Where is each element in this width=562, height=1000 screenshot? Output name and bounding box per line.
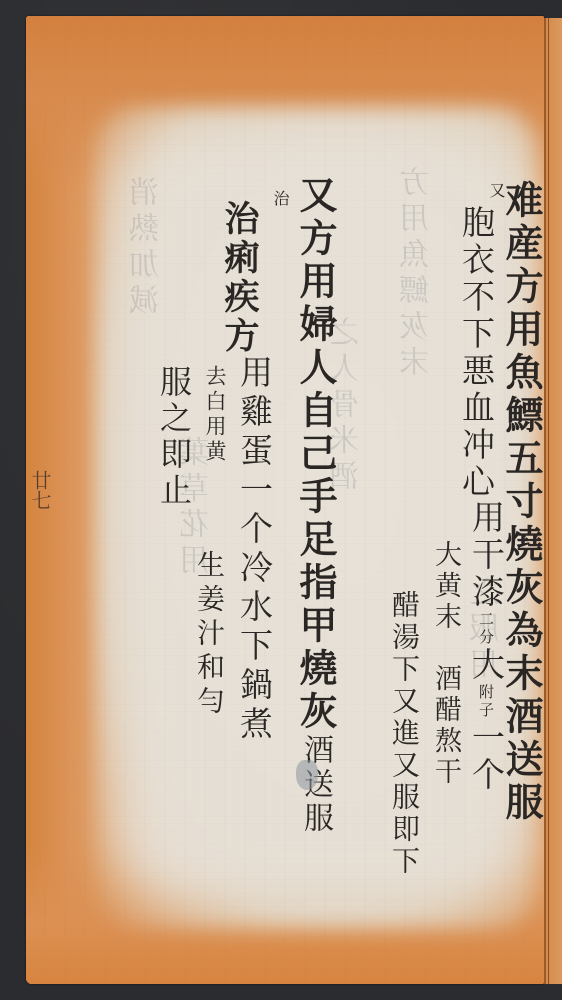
- text-segment: 用干漆: [467, 500, 506, 611]
- column-2-head-note: 又: [488, 182, 504, 201]
- text-column-4-title: 治痢疾方: [222, 200, 257, 356]
- show-through-text: 方用魚鰾灰末: [396, 166, 440, 382]
- annotation-small: 附子: [477, 684, 495, 720]
- text-column-2: 胞衣不下悪血冲心: [460, 205, 493, 501]
- text-column-2-sub-a: 用干漆二分大附子一个: [470, 500, 503, 794]
- show-through-text: 消熱加減: [126, 176, 170, 320]
- text-segment: 一个: [467, 720, 506, 794]
- text-column-1: 难産方用魚鰾五寸燒灰為末酒送服: [502, 180, 540, 825]
- text-column-5: 服之即止: [158, 365, 190, 509]
- text-segment: 大: [467, 647, 506, 684]
- text-column-2-sub-c: 醋湯下又進又服即下: [390, 590, 418, 878]
- text-column-4-sub-b: 去白用黄: [204, 365, 225, 465]
- text-column-4-sub-a: 用雞蛋一个冷水下鍋煮: [238, 355, 271, 745]
- page-fold-line: [548, 18, 549, 984]
- text-column-4-sub-c: 生姜汁和勻: [195, 550, 223, 720]
- column-4-head-note: 治: [272, 190, 288, 209]
- adjacent-page-edge: [544, 18, 562, 984]
- text-column-2-sub-b: 大黄末 酒醋熬干: [432, 540, 459, 788]
- text-segment: 又方用婦人自己手足指甲燒灰: [293, 175, 338, 734]
- folio-number: 廿七: [26, 470, 55, 510]
- ink-blot: [296, 760, 318, 790]
- annotation-small: 二分: [477, 611, 495, 647]
- text-column-3: 又方用婦人自己手足指甲燒灰酒送服: [296, 175, 334, 836]
